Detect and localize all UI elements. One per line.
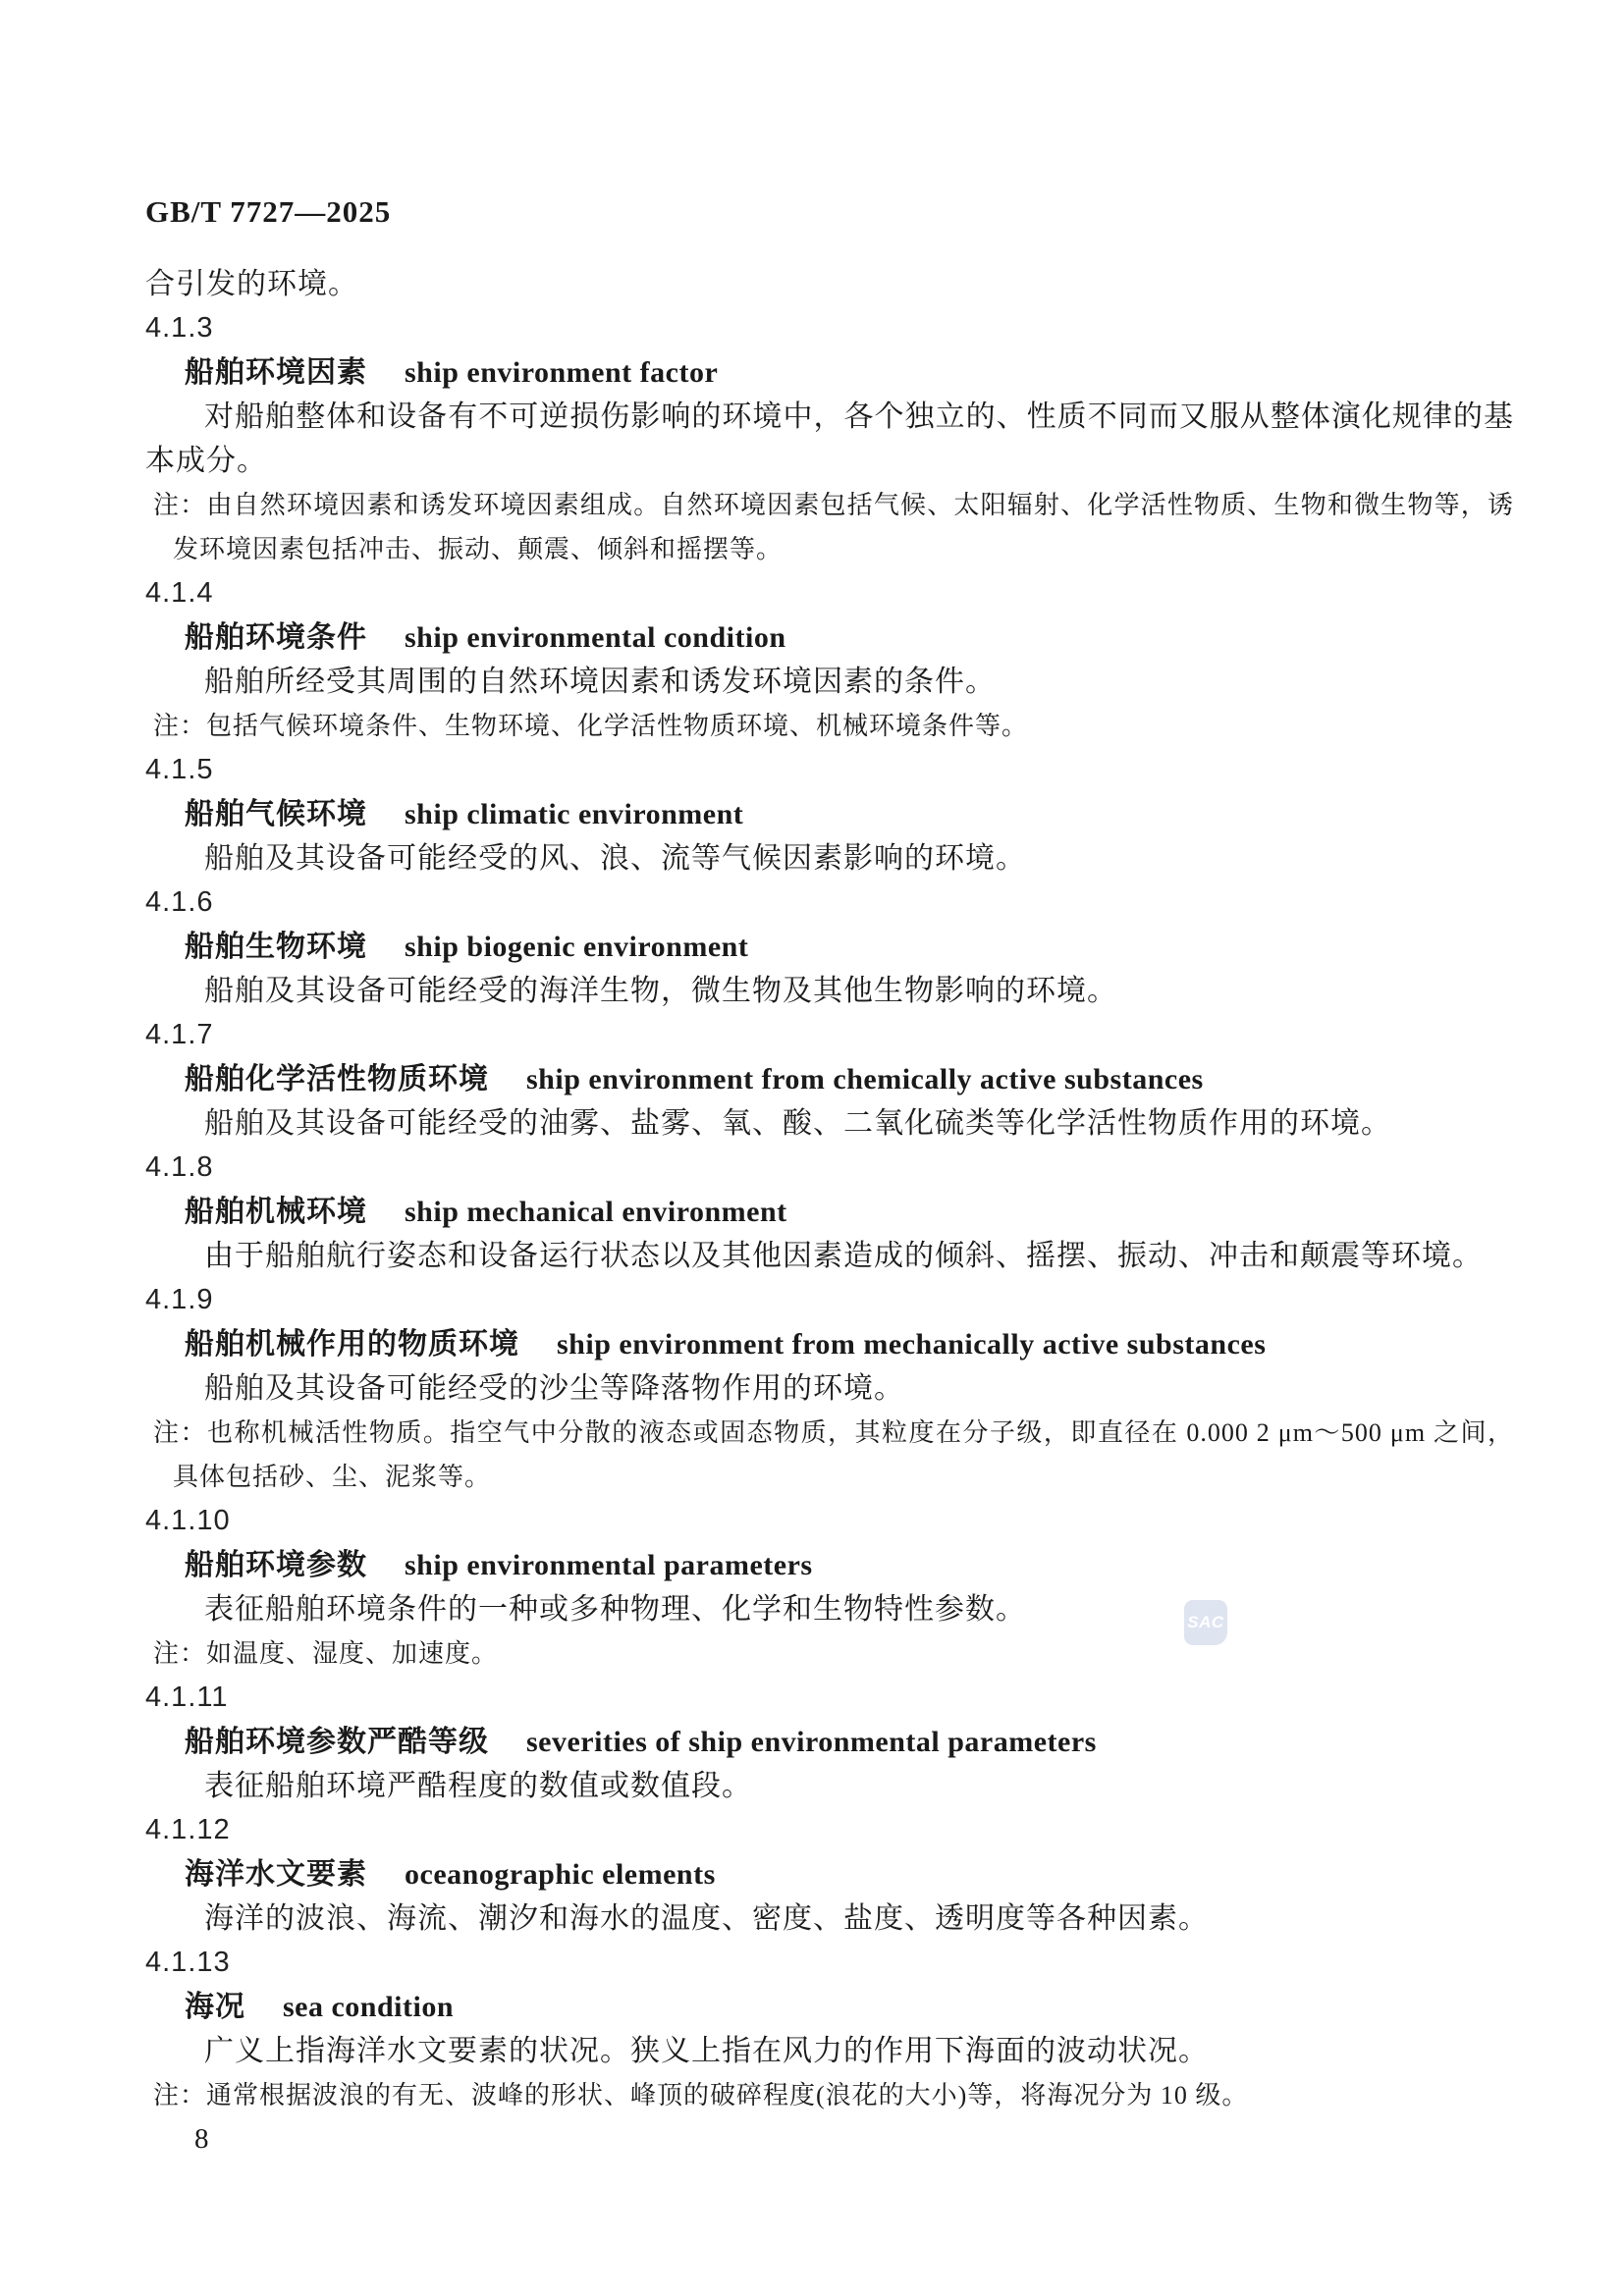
- term-note: 注：如温度、湿度、加速度。: [153, 1631, 1514, 1676]
- term-entry: 4.1.10 船舶环境参数 ship environmental paramet…: [145, 1499, 1514, 1676]
- term-chinese: 船舶环境参数严酷等级: [185, 1726, 489, 1758]
- term-chinese: 船舶环境因素: [185, 356, 367, 389]
- section-number: 4.1.6: [145, 881, 1514, 925]
- term-heading: 船舶生物环境 ship biogenic environment: [145, 925, 1514, 969]
- term-note: 注：包括气候环境条件、生物环境、化学活性物质环境、机械环境条件等。: [153, 704, 1514, 748]
- term-heading: 船舶环境条件 ship environmental condition: [145, 615, 1514, 660]
- term-chinese: 海洋水文要素: [185, 1858, 367, 1891]
- term-entry: 4.1.3 船舶环境因素 ship environment factor 对船舶…: [145, 306, 1514, 571]
- term-english: ship environment from chemically active …: [526, 1063, 1204, 1095]
- term-chinese: 船舶环境条件: [185, 621, 367, 654]
- term-note: 注：由自然环境因素和诱发环境因素组成。自然环境因素包括气候、太阳辐射、化学活性物…: [153, 483, 1514, 571]
- term-english: ship environment from mechanically activ…: [557, 1328, 1266, 1361]
- document-page: GB/T 7727—2025 合引发的环境。 4.1.3 船舶环境因素 ship…: [0, 0, 1624, 2296]
- term-english: ship environment factor: [405, 356, 718, 389]
- section-number: 4.1.4: [145, 571, 1514, 615]
- standard-number-header: GB/T 7727—2025: [145, 189, 1514, 234]
- section-number: 4.1.8: [145, 1146, 1514, 1190]
- term-entry: 4.1.11 船舶环境参数严酷等级 severities of ship env…: [145, 1676, 1514, 1808]
- term-definition: 表征船舶环境严酷程度的数值或数值段。: [145, 1764, 1514, 1808]
- section-number: 4.1.12: [145, 1808, 1514, 1852]
- section-number: 4.1.13: [145, 1941, 1514, 1985]
- term-english: severities of ship environmental paramet…: [526, 1726, 1097, 1758]
- term-definition: 由于船舶航行姿态和设备运行状态以及其他因素造成的倾斜、摇摆、振动、冲击和颠震等环…: [145, 1234, 1514, 1278]
- term-heading: 海况 sea condition: [145, 1985, 1514, 2029]
- term-definition: 海洋的波浪、海流、潮汐和海水的温度、密度、盐度、透明度等各种因素。: [145, 1896, 1514, 1941]
- term-definition: 对船舶整体和设备有不可逆损伤影响的环境中，各个独立的、性质不同而又服从整体演化规…: [145, 395, 1514, 483]
- page-number: 8: [145, 2117, 1514, 2162]
- sac-watermark-logo: SAC: [1184, 1600, 1227, 1645]
- term-chinese: 船舶机械作用的物质环境: [185, 1328, 519, 1361]
- term-heading: 船舶机械作用的物质环境 ship environment from mechan…: [145, 1322, 1514, 1366]
- term-heading: 海洋水文要素 oceanographic elements: [145, 1852, 1514, 1896]
- term-definition: 船舶及其设备可能经受的海洋生物，微生物及其他生物影响的环境。: [145, 969, 1514, 1013]
- term-heading: 船舶机械环境 ship mechanical environment: [145, 1190, 1514, 1234]
- term-english: ship environmental condition: [405, 621, 786, 654]
- section-number: 4.1.11: [145, 1676, 1514, 1720]
- term-heading: 船舶气候环境 ship climatic environment: [145, 792, 1514, 836]
- section-number: 4.1.9: [145, 1278, 1514, 1322]
- section-number: 4.1.10: [145, 1499, 1514, 1543]
- section-number: 4.1.7: [145, 1013, 1514, 1057]
- term-entry: 4.1.5 船舶气候环境 ship climatic environment 船…: [145, 748, 1514, 881]
- page-content: GB/T 7727—2025 合引发的环境。 4.1.3 船舶环境因素 ship…: [145, 189, 1514, 2162]
- term-chinese: 船舶生物环境: [185, 931, 367, 963]
- section-number: 4.1.5: [145, 748, 1514, 792]
- term-entry: 4.1.8 船舶机械环境 ship mechanical environment…: [145, 1146, 1514, 1278]
- term-entry: 4.1.9 船舶机械作用的物质环境 ship environment from …: [145, 1278, 1514, 1499]
- term-chinese: 船舶化学活性物质环境: [185, 1063, 489, 1095]
- term-entry: 4.1.12 海洋水文要素 oceanographic elements 海洋的…: [145, 1808, 1514, 1941]
- term-heading: 船舶化学活性物质环境 ship environment from chemica…: [145, 1057, 1514, 1101]
- term-entry: 4.1.6 船舶生物环境 ship biogenic environment 船…: [145, 881, 1514, 1013]
- term-english: ship biogenic environment: [405, 931, 748, 963]
- term-heading: 船舶环境因素 ship environment factor: [145, 350, 1514, 395]
- term-definition: 船舶所经受其周围的自然环境因素和诱发环境因素的条件。: [145, 660, 1514, 704]
- sac-watermark-text: SAC: [1187, 1613, 1223, 1632]
- term-english: ship climatic environment: [405, 798, 743, 830]
- continuation-paragraph: 合引发的环境。: [145, 262, 1514, 306]
- term-definition: 表征船舶环境条件的一种或多种物理、化学和生物特性参数。: [145, 1587, 1514, 1631]
- term-definition: 船舶及其设备可能经受的油雾、盐雾、氧、酸、二氧化硫类等化学活性物质作用的环境。: [145, 1101, 1514, 1146]
- term-note: 注：通常根据波浪的有无、波峰的形状、峰顶的破碎程度(浪花的大小)等，将海况分为 …: [153, 2073, 1514, 2117]
- term-definition: 广义上指海洋水文要素的状况。狭义上指在风力的作用下海面的波动状况。: [145, 2029, 1514, 2073]
- term-english: oceanographic elements: [405, 1858, 716, 1891]
- term-entry: 4.1.4 船舶环境条件 ship environmental conditio…: [145, 571, 1514, 748]
- term-definition: 船舶及其设备可能经受的沙尘等降落物作用的环境。: [145, 1366, 1514, 1411]
- term-chinese: 船舶气候环境: [185, 798, 367, 830]
- term-heading: 船舶环境参数严酷等级 severities of ship environmen…: [145, 1720, 1514, 1764]
- term-english: sea condition: [283, 1991, 454, 2023]
- term-note: 注：也称机械活性物质。指空气中分散的液态或固态物质，其粒度在分子级，即直径在 0…: [153, 1411, 1514, 1499]
- term-entry: 4.1.13 海况 sea condition 广义上指海洋水文要素的状况。狭义…: [145, 1941, 1514, 2117]
- term-chinese: 船舶机械环境: [185, 1196, 367, 1228]
- term-english: ship mechanical environment: [405, 1196, 787, 1228]
- term-definition: 船舶及其设备可能经受的风、浪、流等气候因素影响的环境。: [145, 836, 1514, 881]
- term-chinese: 船舶环境参数: [185, 1549, 367, 1581]
- term-entry: 4.1.7 船舶化学活性物质环境 ship environment from c…: [145, 1013, 1514, 1146]
- term-english: ship environmental parameters: [405, 1549, 813, 1581]
- term-heading: 船舶环境参数 ship environmental parameters: [145, 1543, 1514, 1587]
- section-number: 4.1.3: [145, 306, 1514, 350]
- term-chinese: 海况: [185, 1991, 245, 2023]
